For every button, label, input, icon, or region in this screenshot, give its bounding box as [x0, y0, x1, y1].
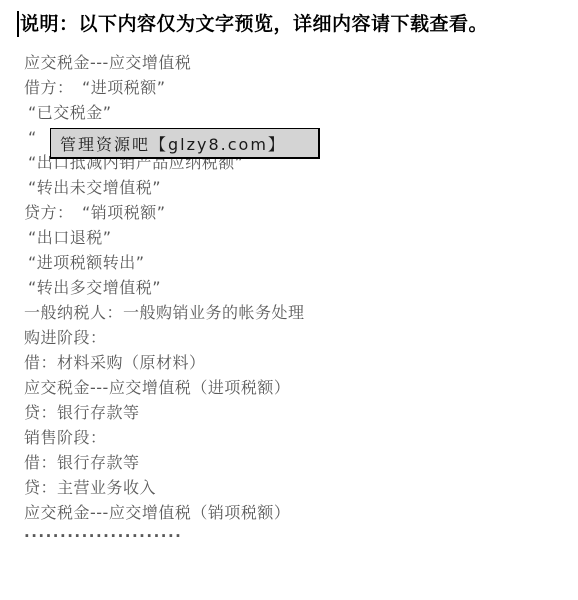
preview-text-body: 应交税金---应交增值税 借方： “进项税额” “已交税金” “ “出口抵减内销… — [24, 50, 564, 550]
text-line: 借：银行存款等 — [24, 450, 564, 475]
text-line: 借方： “进项税额” — [24, 75, 564, 100]
text-line: 贷方： “销项税额” — [24, 200, 564, 225]
preview-page: { "page": { "notice": "说明：以下内容仅为文字预览，详细内… — [0, 0, 578, 600]
text-line: 购进阶段： — [24, 325, 564, 350]
text-line: 应交税金---应交增值税（销项税额） — [24, 500, 564, 525]
watermark-badge: 管理资源吧【glzy8.com】 — [50, 128, 320, 159]
text-line: 一般纳税人：一般购销业务的帐务处理 — [24, 300, 564, 325]
text-cursor — [17, 11, 19, 37]
text-line: 应交税金---应交增值税 — [24, 50, 564, 75]
text-line: “进项税额转出” — [24, 250, 564, 275]
text-line: 贷：银行存款等 — [24, 400, 564, 425]
text-line: 贷：主营业务收入 — [24, 475, 564, 500]
watermark-label: 管理资源吧【glzy8.com】 — [60, 132, 286, 155]
preview-notice: 说明：以下内容仅为文字预览，详细内容请下载查看。 — [20, 10, 488, 38]
text-line: 应交税金---应交增值税（进项税额） — [24, 375, 564, 400]
text-line: “已交税金” — [24, 100, 564, 125]
text-line: “出口退税” — [24, 225, 564, 250]
ellipsis-line: ······················ — [24, 525, 564, 550]
text-line: 借：材料采购（原材料） — [24, 350, 564, 375]
text-line: “转出多交增值税” — [24, 275, 564, 300]
text-line: “转出未交增值税” — [24, 175, 564, 200]
text-line: 销售阶段： — [24, 425, 564, 450]
